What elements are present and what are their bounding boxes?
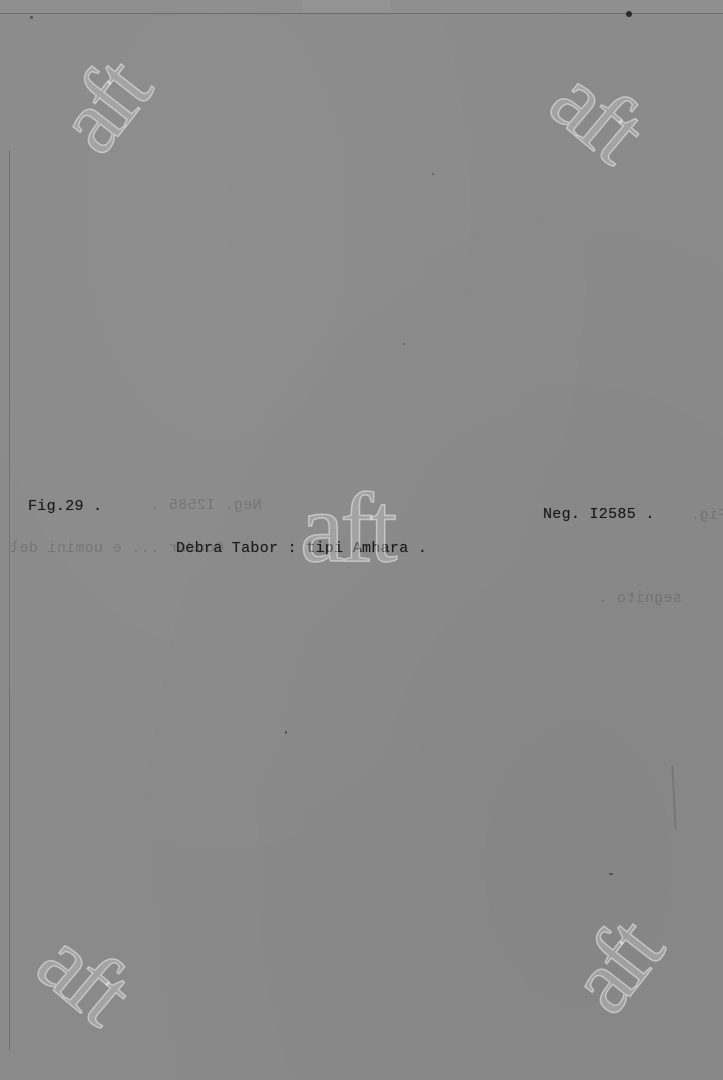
- figure-label: Fig.29 .: [28, 498, 102, 515]
- show-through-line: segnito .: [598, 590, 682, 607]
- watermark-logo: aft: [552, 904, 677, 1028]
- ink-speck: [609, 873, 613, 875]
- watermark-logo: aft: [535, 51, 659, 176]
- ink-speck: [626, 11, 632, 17]
- top-edge-tab: [302, 0, 390, 12]
- show-through-line: Fig.: [690, 507, 723, 524]
- document-page: Neg. I2585 . Gondar ... e uomini del seg…: [0, 0, 723, 1080]
- watermark-logo: aft: [22, 913, 146, 1038]
- ink-speck: [30, 16, 33, 19]
- ink-speck: [432, 173, 434, 175]
- negative-number: Neg. I2585 .: [543, 506, 655, 523]
- ink-speck: [285, 731, 287, 734]
- watermark-logo: aft: [300, 478, 393, 578]
- left-margin-line: [9, 150, 10, 1050]
- ink-speck: [403, 343, 405, 345]
- paper-scratch: [671, 765, 676, 830]
- watermark-logo: aft: [40, 44, 165, 168]
- show-through-line: Neg. I2585 .: [150, 497, 262, 514]
